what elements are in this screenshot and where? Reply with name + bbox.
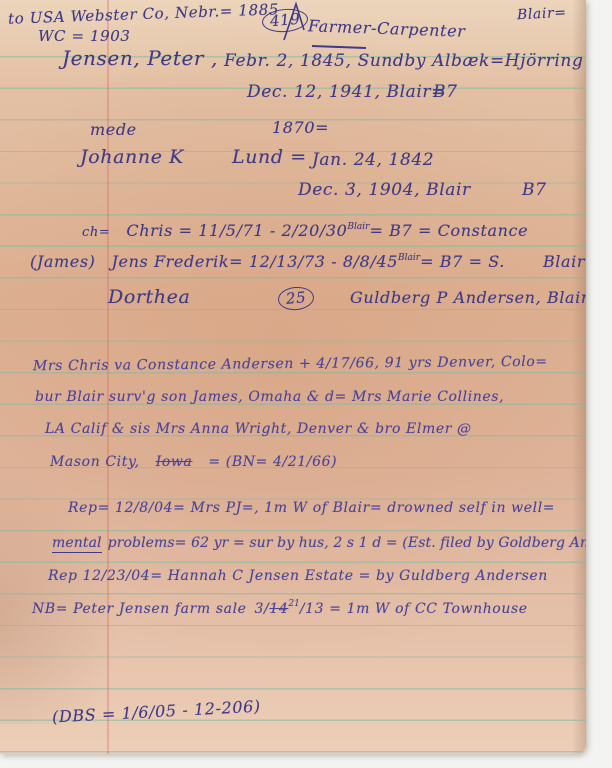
child-residence: Blair bbox=[543, 252, 585, 271]
note-line-6-rest: problems= 62 yr = sur by hus, 2 s 1 d = … bbox=[108, 535, 586, 551]
scanned-genealogy-card: { "document": { "kind": "handwritten-gen… bbox=[0, 0, 612, 768]
subject-death-ref: B7 bbox=[433, 82, 458, 102]
child-place-superscript: Blair bbox=[398, 253, 420, 263]
note-line-7: Rep 12/23/04= Hannah C Jensen Estate = b… bbox=[48, 568, 548, 584]
note-line-8-struck-date: 14 bbox=[269, 601, 288, 617]
children-label: ch= bbox=[82, 225, 110, 240]
child-row-chris: ch= Chris = 11/5/71 - 2/20/30 Blair = B7… bbox=[82, 221, 528, 240]
child-name-dates: Jens Frederik= 12/13/73 - 8/8/45 bbox=[112, 252, 399, 271]
wife-given-name: Johanne K bbox=[80, 146, 184, 168]
occupation: Farmer-Carpenter bbox=[308, 16, 466, 40]
child-row-jens: (James) Jens Frederik= 12/13/73 - 8/8/45… bbox=[30, 252, 585, 271]
note-line-8-frac-pre: 3/ bbox=[255, 601, 270, 617]
married-label: mede bbox=[90, 120, 137, 139]
note-line-8-corrected-date: 21 bbox=[288, 599, 299, 609]
note-line-2: bur Blair surv'g son James, Omaha & d= M… bbox=[35, 389, 504, 405]
note-line-3: LA Calif & sis Mrs Anna Wright, Denver &… bbox=[45, 421, 472, 437]
note-line-8: NB= Peter Jensen farm sale 3/ 14 21 /13 … bbox=[32, 601, 528, 617]
emigration-note: to USA Webster Co, Nebr.= 1885 bbox=[8, 0, 279, 27]
wife-surname: Lund = bbox=[232, 146, 307, 168]
note-line-4: Mason City, Iowa = (BN= 4/21/66) bbox=[50, 454, 337, 470]
child-name-dorthea: Dorthea bbox=[108, 286, 190, 308]
note-line-4-pre: Mason City, bbox=[50, 454, 140, 470]
residence-note: Blair= bbox=[517, 5, 567, 24]
paper-sheet: to USA Webster Co, Nebr.= 1885 WC = 1903… bbox=[0, 0, 586, 754]
note-line-5: Rep= 12/8/04= Mrs PJ=, 1m W of Blair= dr… bbox=[68, 500, 555, 516]
note-line-6-underlined-word: mental bbox=[52, 535, 102, 553]
note-line-8-post: /13 = 1m W of CC Townhouse bbox=[300, 601, 528, 617]
child-alt-name: (James) bbox=[30, 252, 96, 271]
child-number-circle: 25 bbox=[278, 287, 314, 310]
child-name-dates: Chris = 11/5/71 - 2/20/30 bbox=[126, 221, 347, 240]
wife-birth: Jan. 24, 1842 bbox=[312, 150, 434, 170]
wc-note: WC = 1903 bbox=[38, 27, 131, 45]
wife-death-ref: B7 bbox=[522, 180, 547, 200]
wife-death: Dec. 3, 1904, Blair bbox=[298, 180, 471, 200]
note-line-6: mental problems= 62 yr = sur by hus, 2 s… bbox=[52, 535, 586, 553]
married-year: 1870= bbox=[272, 118, 329, 137]
child-refs: = B7 = S. bbox=[420, 252, 505, 271]
child-place-superscript: Blair bbox=[347, 222, 369, 232]
note-line-8-pre: NB= Peter Jensen farm sale bbox=[32, 601, 247, 617]
subject-birth: Febr. 2, 1845, Sundby Albæk=Hjörring bbox=[224, 51, 583, 71]
check-mark bbox=[281, 0, 307, 46]
occupation-underline bbox=[312, 45, 366, 49]
note-line-4-post: = (BN= 4/21/66) bbox=[208, 454, 337, 470]
child-refs: = B7 = Constance bbox=[369, 221, 528, 240]
red-margin-line bbox=[107, 0, 109, 754]
child-note: Guldberg P Andersen, Blair bbox=[350, 288, 586, 307]
child-circled-number: 25 bbox=[277, 285, 315, 311]
note-line-4-struck-word: Iowa bbox=[156, 454, 193, 470]
subject-name: Jensen, Peter , bbox=[62, 46, 218, 70]
subject-death: Dec. 12, 1941, Blair= bbox=[247, 82, 446, 102]
